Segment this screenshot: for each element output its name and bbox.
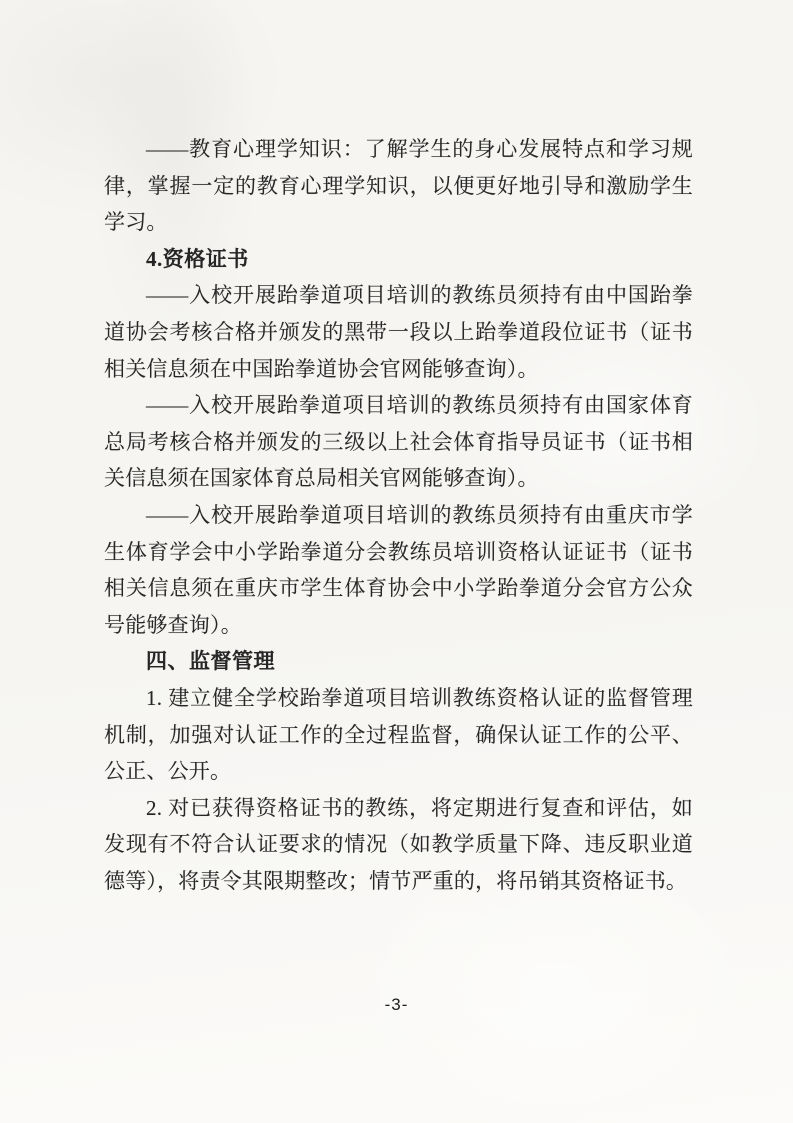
body-paragraph: 2. 对已获得资格证书的教练，将定期进行复查和评估，如发现有不符合认证要求的情况… <box>104 790 693 900</box>
body-paragraph: ——教育心理学知识：了解学生的身心发展特点和学习规律，掌握一定的教育心理学知识，… <box>104 131 693 241</box>
body-paragraph: ——入校开展跆拳道项目培训的教练员须持有由中国跆拳道协会考核合格并颁发的黑带一段… <box>104 277 693 387</box>
document-body: ——教育心理学知识：了解学生的身心发展特点和学习规律，掌握一定的教育心理学知识，… <box>104 131 693 899</box>
page-number: -3- <box>385 995 409 1014</box>
section-heading: 四、监督管理 <box>104 643 693 680</box>
body-paragraph: 1. 建立健全学校跆拳道项目培训教练资格认证的监督管理机制，加强对认证工作的全过… <box>104 680 693 790</box>
page-footer: -3- <box>0 995 793 1015</box>
section-heading: 4.资格证书 <box>104 241 693 278</box>
body-paragraph: ——入校开展跆拳道项目培训的教练员须持有由重庆市学生体育学会中小学跆拳道分会教练… <box>104 497 693 643</box>
body-paragraph: ——入校开展跆拳道项目培训的教练员须持有由国家体育总局考核合格并颁发的三级以上社… <box>104 387 693 497</box>
document-page: ——教育心理学知识：了解学生的身心发展特点和学习规律，掌握一定的教育心理学知识，… <box>0 0 793 1123</box>
